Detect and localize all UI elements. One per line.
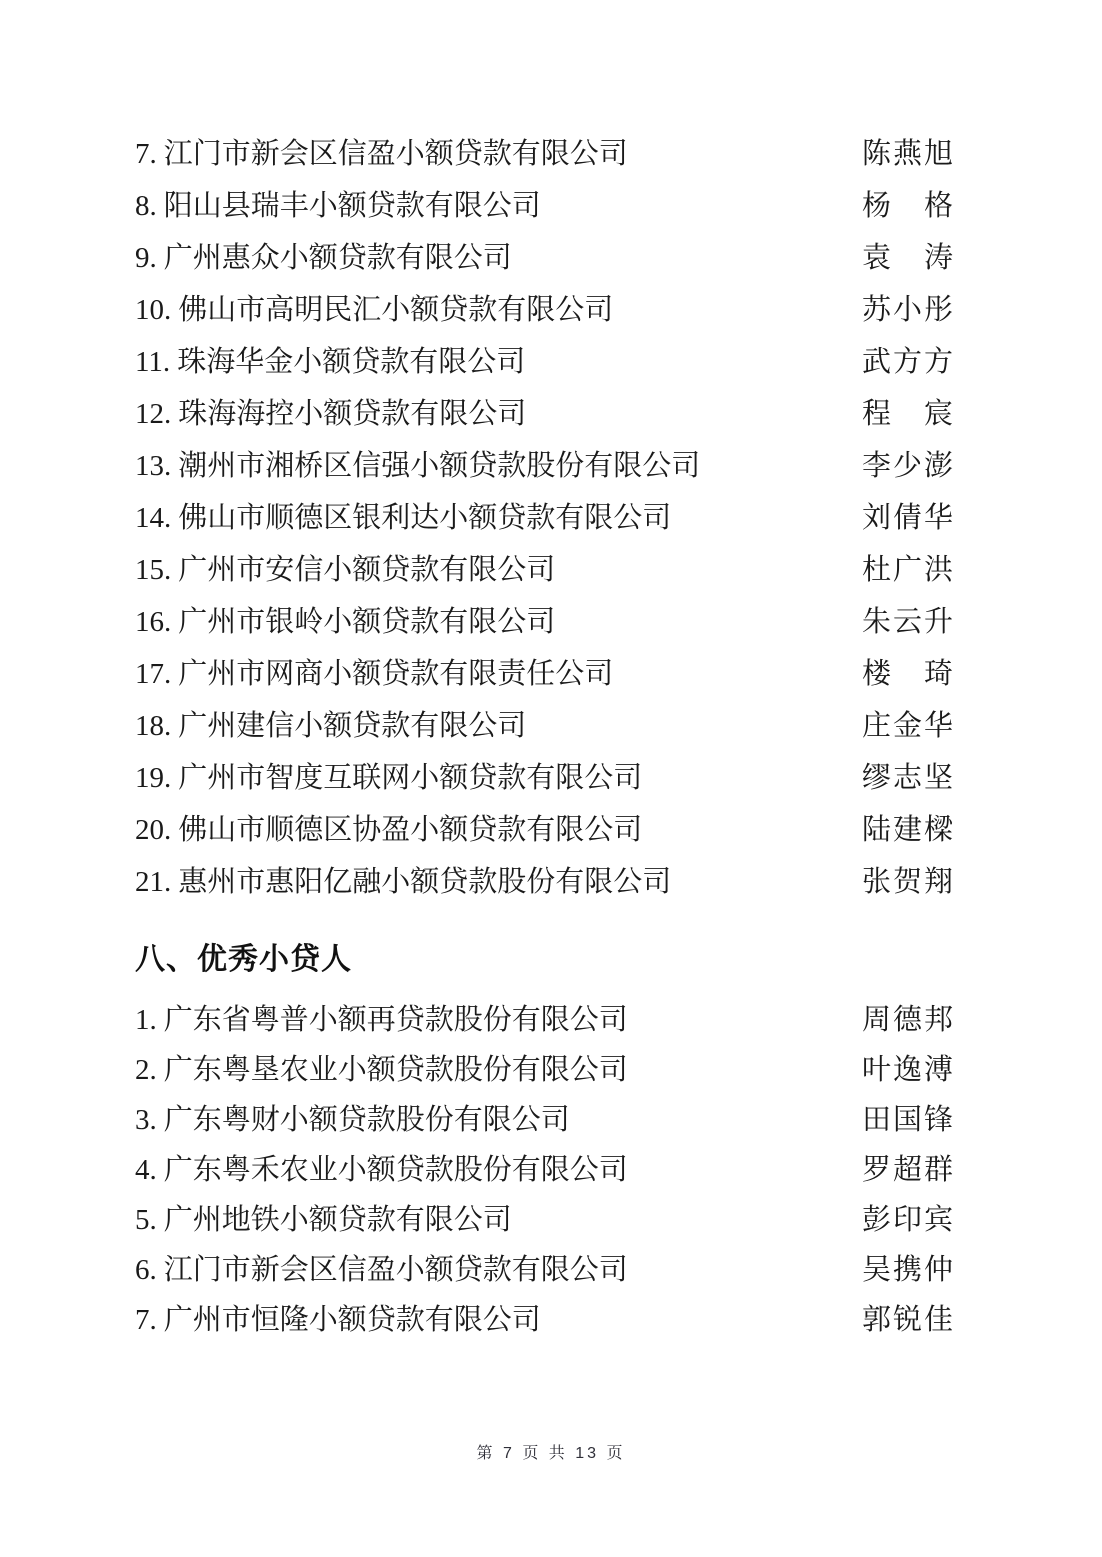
- company-cell: 18.广州建信小额贷款有限公司: [135, 710, 526, 742]
- company-cell: 21.惠州市惠阳亿融小额贷款股份有限公司: [135, 866, 671, 898]
- person-name: 武方方: [862, 346, 955, 378]
- person-name: 郭锐佳: [862, 1304, 955, 1336]
- item-number: 3.: [135, 1104, 157, 1136]
- company-name: 广州惠众小额贷款有限公司: [164, 242, 512, 274]
- company-cell: 2.广东粤垦农业小额贷款股份有限公司: [135, 1054, 628, 1086]
- person-name: 楼 琦: [862, 658, 955, 690]
- person-name: 李少澎: [862, 450, 955, 482]
- item-number: 5.: [135, 1204, 157, 1236]
- person-name: 田国锋: [862, 1104, 955, 1136]
- company-name: 珠海海控小额贷款有限公司: [178, 398, 526, 430]
- person-name: 杨 格: [862, 190, 955, 222]
- item-number: 9.: [135, 242, 157, 274]
- company-cell: 15.广州市安信小额贷款有限公司: [135, 554, 555, 586]
- company-name: 阳山县瑞丰小额贷款有限公司: [164, 190, 541, 222]
- company-name: 佛山市顺德区银利达小额贷款有限公司: [178, 502, 671, 534]
- item-number: 20.: [135, 814, 171, 846]
- company-name: 广东粤财小额贷款股份有限公司: [164, 1104, 570, 1136]
- company-cell: 17.广州市网商小额贷款有限责任公司: [135, 658, 613, 690]
- person-name: 杜广洪: [862, 554, 955, 586]
- list-item: 3.广东粤财小额贷款股份有限公司 田国锋: [135, 1104, 955, 1136]
- list-item: 20.佛山市顺德区协盈小额贷款有限公司 陆建樑: [135, 814, 955, 846]
- list-item: 6.江门市新会区信盈小额贷款有限公司 吴携仲: [135, 1254, 955, 1286]
- item-number: 7.: [135, 138, 157, 170]
- company-cell: 11.珠海华金小额贷款有限公司: [135, 346, 525, 378]
- item-number: 14.: [135, 502, 171, 534]
- company-name: 广州市银岭小额贷款有限公司: [178, 606, 555, 638]
- company-name: 广州市网商小额贷款有限责任公司: [178, 658, 613, 690]
- list-item: 10.佛山市高明民汇小额贷款有限公司 苏小彤: [135, 294, 955, 326]
- list-item: 7.江门市新会区信盈小额贷款有限公司 陈燕旭: [135, 138, 955, 170]
- company-cell: 13.潮州市湘桥区信强小额贷款股份有限公司: [135, 450, 700, 482]
- company-name: 潮州市湘桥区信强小额贷款股份有限公司: [178, 450, 700, 482]
- person-name: 吴携仲: [862, 1254, 955, 1286]
- company-name: 惠州市惠阳亿融小额贷款股份有限公司: [178, 866, 671, 898]
- list-item: 14.佛山市顺德区银利达小额贷款有限公司 刘倩华: [135, 502, 955, 534]
- list-item: 9.广州惠众小额贷款有限公司 袁 涛: [135, 242, 955, 274]
- item-number: 21.: [135, 866, 171, 898]
- company-cell: 1.广东省粤普小额再贷款股份有限公司: [135, 1004, 628, 1036]
- company-cell: 16.广州市银岭小额贷款有限公司: [135, 606, 555, 638]
- company-name: 广州市安信小额贷款有限公司: [178, 554, 555, 586]
- company-cell: 20.佛山市顺德区协盈小额贷款有限公司: [135, 814, 642, 846]
- company-name: 江门市新会区信盈小额贷款有限公司: [164, 1254, 628, 1286]
- company-cell: 19.广州市智度互联网小额贷款有限公司: [135, 762, 642, 794]
- person-name: 张贺翔: [862, 866, 955, 898]
- company-name: 广东粤禾农业小额贷款股份有限公司: [164, 1154, 628, 1186]
- company-name: 广州市恒隆小额贷款有限公司: [164, 1304, 541, 1336]
- company-cell: 8.阳山县瑞丰小额贷款有限公司: [135, 190, 541, 222]
- item-number: 17.: [135, 658, 171, 690]
- company-name: 广东省粤普小额再贷款股份有限公司: [164, 1004, 628, 1036]
- item-number: 16.: [135, 606, 171, 638]
- company-cell: 5.广州地铁小额贷款有限公司: [135, 1204, 512, 1236]
- company-name: 江门市新会区信盈小额贷款有限公司: [164, 138, 628, 170]
- company-name: 佛山市顺德区协盈小额贷款有限公司: [178, 814, 642, 846]
- item-number: 11.: [135, 346, 170, 378]
- item-number: 4.: [135, 1154, 157, 1186]
- person-name: 陆建樑: [862, 814, 955, 846]
- list-item: 21.惠州市惠阳亿融小额贷款股份有限公司 张贺翔: [135, 866, 955, 898]
- person-name: 周德邦: [862, 1004, 955, 1036]
- item-number: 19.: [135, 762, 171, 794]
- list-item: 2.广东粤垦农业小额贷款股份有限公司 叶逸溥: [135, 1054, 955, 1086]
- person-name: 叶逸溥: [862, 1054, 955, 1086]
- person-name: 程 宸: [862, 398, 955, 430]
- company-cell: 7.江门市新会区信盈小额贷款有限公司: [135, 138, 628, 170]
- company-name: 佛山市高明民汇小额贷款有限公司: [178, 294, 613, 326]
- list-item: 1.广东省粤普小额再贷款股份有限公司 周德邦: [135, 1004, 955, 1036]
- list-item: 17.广州市网商小额贷款有限责任公司 楼 琦: [135, 658, 955, 690]
- item-number: 2.: [135, 1054, 157, 1086]
- list-item: 4.广东粤禾农业小额贷款股份有限公司 罗超群: [135, 1154, 955, 1186]
- item-number: 7.: [135, 1304, 157, 1336]
- company-cell: 10.佛山市高明民汇小额贷款有限公司: [135, 294, 613, 326]
- person-name: 罗超群: [862, 1154, 955, 1186]
- item-number: 12.: [135, 398, 171, 430]
- item-number: 10.: [135, 294, 171, 326]
- award-list-continued: 7.江门市新会区信盈小额贷款有限公司 陈燕旭 8.阳山县瑞丰小额贷款有限公司 杨…: [135, 138, 955, 898]
- company-cell: 4.广东粤禾农业小额贷款股份有限公司: [135, 1154, 628, 1186]
- company-cell: 12.珠海海控小额贷款有限公司: [135, 398, 526, 430]
- section-eight: 八、优秀小贷人 1.广东省粤普小额再贷款股份有限公司 周德邦 2.广东粤垦农业小…: [135, 942, 955, 1336]
- list-item: 16.广州市银岭小额贷款有限公司 朱云升: [135, 606, 955, 638]
- person-name: 庄金华: [862, 710, 955, 742]
- item-number: 8.: [135, 190, 157, 222]
- list-item: 18.广州建信小额贷款有限公司 庄金华: [135, 710, 955, 742]
- section-heading: 八、优秀小贷人: [135, 942, 955, 978]
- item-number: 15.: [135, 554, 171, 586]
- item-number: 13.: [135, 450, 171, 482]
- person-name: 袁 涛: [862, 242, 955, 274]
- person-name: 陈燕旭: [862, 138, 955, 170]
- item-number: 6.: [135, 1254, 157, 1286]
- list-item: 19.广州市智度互联网小额贷款有限公司 缪志坚: [135, 762, 955, 794]
- document-page: 7.江门市新会区信盈小额贷款有限公司 陈燕旭 8.阳山县瑞丰小额贷款有限公司 杨…: [0, 0, 1102, 1557]
- company-name: 广州建信小额贷款有限公司: [178, 710, 526, 742]
- list-item: 8.阳山县瑞丰小额贷款有限公司 杨 格: [135, 190, 955, 222]
- company-cell: 6.江门市新会区信盈小额贷款有限公司: [135, 1254, 628, 1286]
- list-item: 13.潮州市湘桥区信强小额贷款股份有限公司 李少澎: [135, 450, 955, 482]
- person-name: 彭印宾: [862, 1204, 955, 1236]
- item-number: 1.: [135, 1004, 157, 1036]
- company-name: 广州地铁小额贷款有限公司: [164, 1204, 512, 1236]
- company-name: 珠海华金小额贷款有限公司: [177, 346, 525, 378]
- item-number: 18.: [135, 710, 171, 742]
- person-name: 刘倩华: [862, 502, 955, 534]
- page-content: 7.江门市新会区信盈小额贷款有限公司 陈燕旭 8.阳山县瑞丰小额贷款有限公司 杨…: [135, 0, 955, 1354]
- company-name: 广州市智度互联网小额贷款有限公司: [178, 762, 642, 794]
- list-item: 5.广州地铁小额贷款有限公司 彭印宾: [135, 1204, 955, 1236]
- person-name: 苏小彤: [862, 294, 955, 326]
- company-cell: 7.广州市恒隆小额贷款有限公司: [135, 1304, 541, 1336]
- person-name: 缪志坚: [862, 762, 955, 794]
- list-item: 12.珠海海控小额贷款有限公司 程 宸: [135, 398, 955, 430]
- list-item: 15.广州市安信小额贷款有限公司 杜广洪: [135, 554, 955, 586]
- company-cell: 14.佛山市顺德区银利达小额贷款有限公司: [135, 502, 671, 534]
- page-number: 第 7 页 共 13 页: [0, 1440, 1102, 1463]
- company-cell: 9.广州惠众小额贷款有限公司: [135, 242, 512, 274]
- list-item: 7.广州市恒隆小额贷款有限公司 郭锐佳: [135, 1304, 955, 1336]
- company-cell: 3.广东粤财小额贷款股份有限公司: [135, 1104, 570, 1136]
- person-name: 朱云升: [862, 606, 955, 638]
- list-item: 11.珠海华金小额贷款有限公司 武方方: [135, 346, 955, 378]
- company-name: 广东粤垦农业小额贷款股份有限公司: [164, 1054, 628, 1086]
